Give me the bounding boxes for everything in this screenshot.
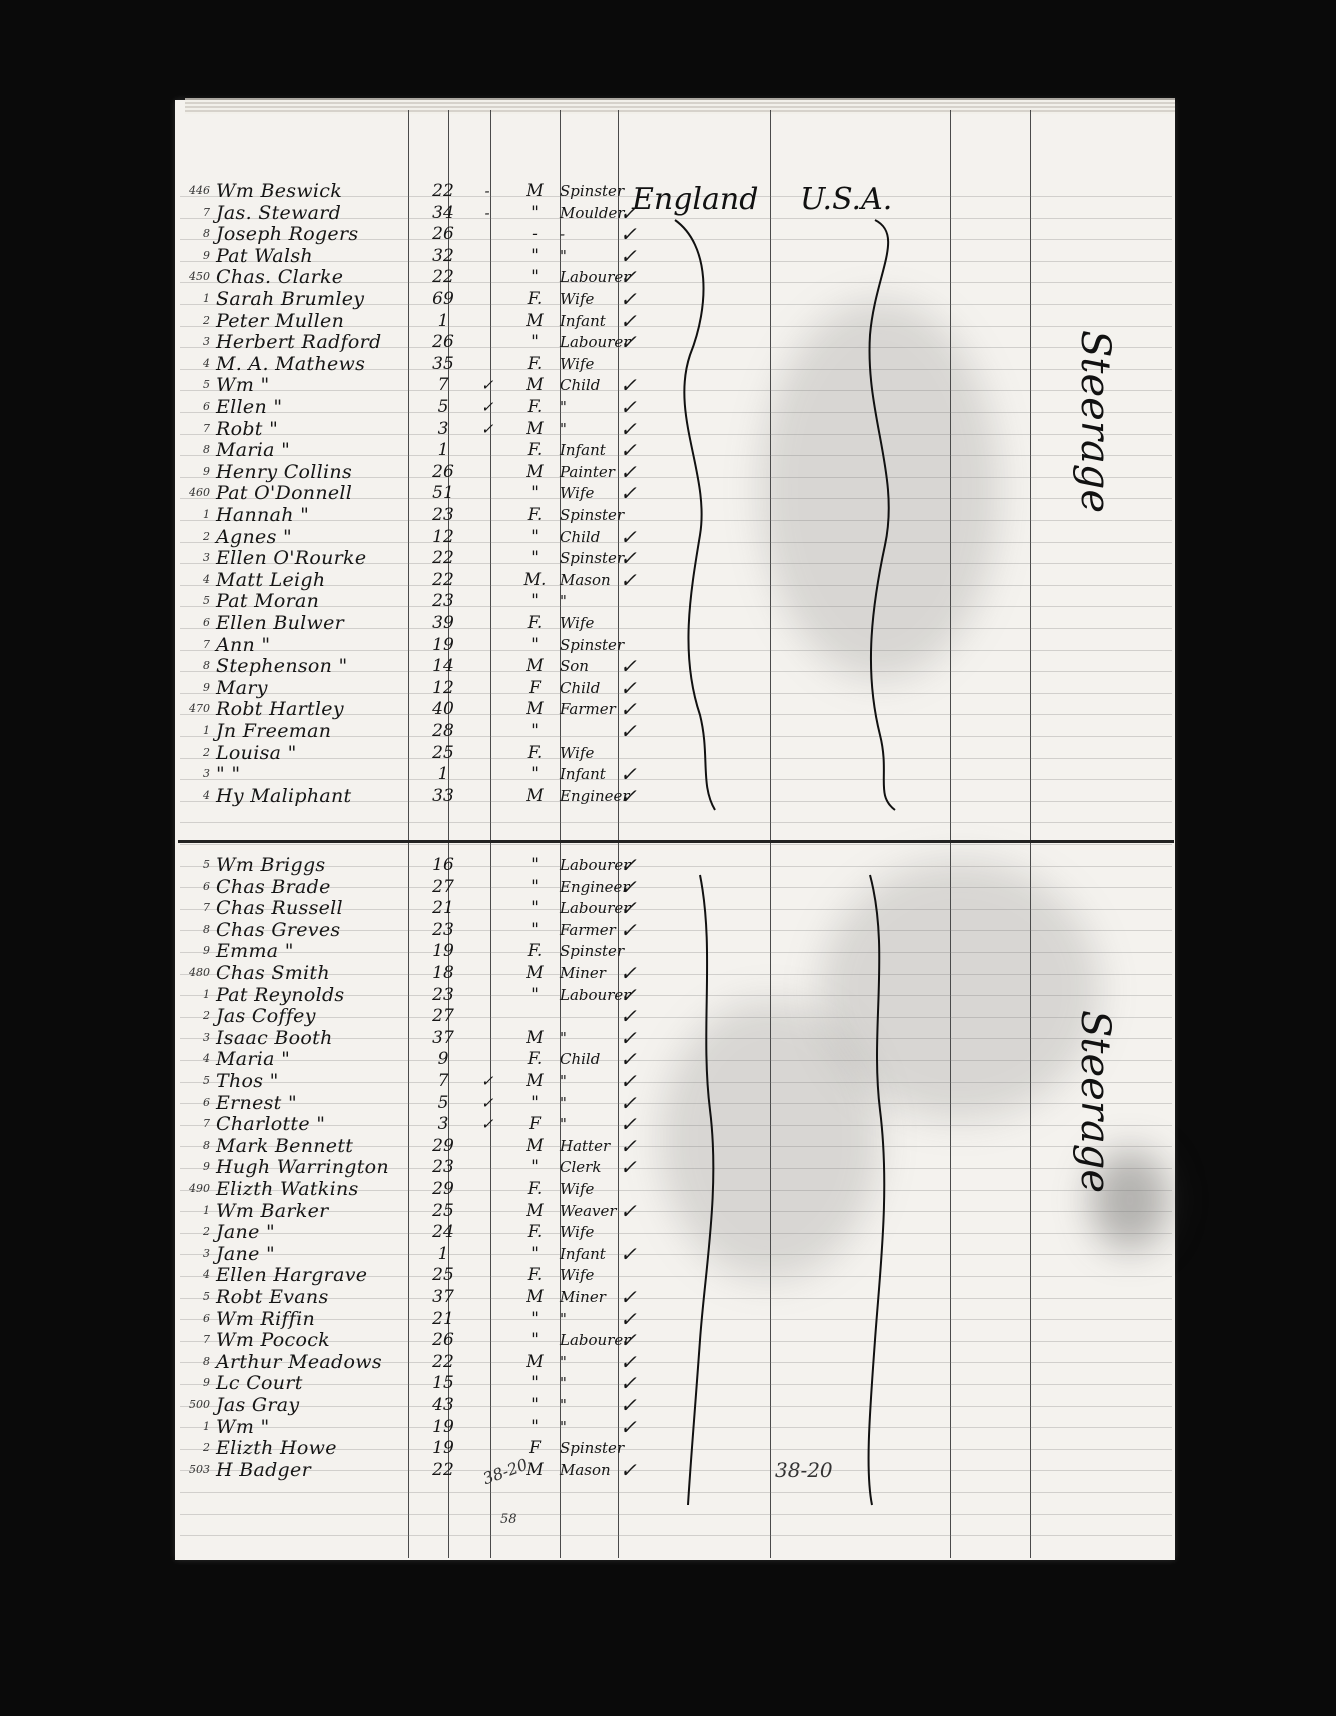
verification-check-mark: ✓ — [620, 245, 650, 267]
passenger-age: 23 — [420, 1156, 466, 1178]
ledger-line — [180, 822, 1172, 823]
verification-check-mark: ✓ — [620, 266, 650, 288]
passenger-age: 27 — [420, 876, 466, 898]
line-number: 2 — [180, 1437, 210, 1459]
age-check-mark — [472, 655, 502, 677]
line-number: 4 — [180, 353, 210, 375]
passenger-sex: " — [520, 1243, 550, 1265]
line-number: 2 — [180, 1005, 210, 1027]
verification-check-mark: ✓ — [620, 876, 650, 898]
age-check-mark — [472, 785, 502, 807]
passenger-age: 12 — [420, 677, 466, 699]
passenger-sex: F. — [520, 439, 550, 461]
age-check-mark — [472, 1200, 502, 1222]
line-number: 8 — [180, 919, 210, 941]
passenger-sex: " — [520, 266, 550, 288]
line-number: 5 — [180, 590, 210, 612]
age-check-mark — [472, 288, 502, 310]
passenger-sex: F — [520, 1113, 550, 1135]
age-check-mark: - — [472, 180, 502, 202]
age-check-mark — [472, 919, 502, 941]
verification-check-mark: ✓ — [620, 1135, 650, 1157]
passenger-sex: " — [520, 590, 550, 612]
verification-check-mark: ✓ — [620, 984, 650, 1006]
line-number: 8 — [180, 439, 210, 461]
verification-check-mark — [620, 612, 650, 634]
passenger-sex: " — [520, 720, 550, 742]
line-number: 450 — [180, 266, 210, 288]
age-check-mark — [472, 439, 502, 461]
passenger-sex: " — [520, 482, 550, 504]
page-fold-line — [178, 840, 1174, 843]
passenger-age: 32 — [420, 245, 466, 267]
line-number: 6 — [180, 876, 210, 898]
line-number: 1 — [180, 984, 210, 1006]
passenger-age: 34 — [420, 202, 466, 224]
passenger-sex: F. — [520, 288, 550, 310]
line-number: 470 — [180, 698, 210, 720]
passenger-sex: M — [520, 310, 550, 332]
age-check-mark — [472, 353, 502, 375]
passenger-age: 18 — [420, 962, 466, 984]
passenger-age: 1 — [420, 439, 466, 461]
passenger-sex: M — [520, 1027, 550, 1049]
verification-check-mark: ✓ — [620, 677, 650, 699]
verification-check-mark: ✓ — [620, 396, 650, 418]
age-check-mark — [472, 634, 502, 656]
verification-check-mark: ✓ — [620, 1092, 650, 1114]
verification-check-mark: ✓ — [620, 1070, 650, 1092]
line-number: 6 — [180, 1308, 210, 1330]
passenger-age: 15 — [420, 1372, 466, 1394]
verification-check-mark: ✓ — [620, 720, 650, 742]
passenger-age: 22 — [420, 266, 466, 288]
line-number: 1 — [180, 1416, 210, 1438]
passenger-age: 21 — [420, 1308, 466, 1330]
verification-check-mark — [620, 1221, 650, 1243]
line-number: 3 — [180, 331, 210, 353]
line-number: 8 — [180, 655, 210, 677]
country-of-origin: England — [632, 182, 758, 217]
age-check-mark: ✓ — [472, 396, 502, 418]
passenger-age: 24 — [420, 1221, 466, 1243]
age-check-mark — [472, 698, 502, 720]
passenger-age: 22 — [420, 1351, 466, 1373]
passenger-sex: M — [520, 1135, 550, 1157]
verification-check-mark: ✓ — [620, 1200, 650, 1222]
passenger-sex: " — [520, 634, 550, 656]
age-check-mark — [472, 1416, 502, 1438]
passenger-sex: F. — [520, 353, 550, 375]
age-check-mark — [472, 1264, 502, 1286]
line-number: 2 — [180, 742, 210, 764]
age-check-mark — [472, 940, 502, 962]
verification-check-mark: ✓ — [620, 461, 650, 483]
age-check-mark — [472, 1243, 502, 1265]
passenger-sex: " — [520, 763, 550, 785]
line-number: 500 — [180, 1394, 210, 1416]
passenger-sex — [520, 1005, 550, 1027]
age-check-mark: ✓ — [472, 374, 502, 396]
age-check-mark — [472, 612, 502, 634]
passenger-age: 19 — [420, 1416, 466, 1438]
passenger-sex: F — [520, 1437, 550, 1459]
passenger-sex: M — [520, 461, 550, 483]
passenger-age: 9 — [420, 1048, 466, 1070]
passenger-age: 7 — [420, 374, 466, 396]
verification-check-mark: ✓ — [620, 569, 650, 591]
age-check-mark — [472, 1005, 502, 1027]
line-number: 9 — [180, 677, 210, 699]
passenger-age: 22 — [420, 569, 466, 591]
passenger-age: 25 — [420, 1200, 466, 1222]
age-check-mark — [472, 266, 502, 288]
age-check-mark — [472, 1027, 502, 1049]
passenger-age: 29 — [420, 1135, 466, 1157]
verification-check-mark — [620, 590, 650, 612]
verification-check-mark: ✓ — [620, 1459, 650, 1481]
passenger-age: 23 — [420, 590, 466, 612]
verification-check-mark: ✓ — [620, 547, 650, 569]
line-number: 3 — [180, 763, 210, 785]
age-check-mark — [472, 1156, 502, 1178]
passenger-sex: F. — [520, 940, 550, 962]
passenger-age: 3 — [420, 418, 466, 440]
age-check-mark: ✓ — [472, 1092, 502, 1114]
verification-check-mark — [620, 504, 650, 526]
verification-check-mark: ✓ — [620, 374, 650, 396]
passenger-age: 19 — [420, 940, 466, 962]
passenger-age: 12 — [420, 526, 466, 548]
line-number: 503 — [180, 1459, 210, 1481]
verification-check-mark: ✓ — [620, 288, 650, 310]
age-check-mark — [472, 310, 502, 332]
age-check-mark — [472, 1329, 502, 1351]
verification-check-mark: ✓ — [620, 1286, 650, 1308]
age-check-mark — [472, 1394, 502, 1416]
age-check-mark — [472, 962, 502, 984]
line-number: 3 — [180, 547, 210, 569]
passenger-sex: " — [520, 1329, 550, 1351]
passenger-age: 5 — [420, 396, 466, 418]
verification-check-mark: ✓ — [620, 854, 650, 876]
passenger-sex: F. — [520, 1264, 550, 1286]
verification-check-mark: ✓ — [620, 897, 650, 919]
passenger-sex: M — [520, 1286, 550, 1308]
line-number: 3 — [180, 1027, 210, 1049]
passenger-sex: F. — [520, 396, 550, 418]
age-check-mark — [472, 1048, 502, 1070]
age-check-mark — [472, 677, 502, 699]
passenger-age: 26 — [420, 223, 466, 245]
line-number: 1 — [180, 288, 210, 310]
passenger-sex: M — [520, 655, 550, 677]
passenger-age: 43 — [420, 1394, 466, 1416]
passenger-age: 22 — [420, 1459, 466, 1481]
age-check-mark — [472, 1372, 502, 1394]
age-check-mark — [472, 245, 502, 267]
age-check-mark — [472, 223, 502, 245]
passenger-sex: " — [520, 854, 550, 876]
line-number: 3 — [180, 1243, 210, 1265]
line-number: 7 — [180, 1113, 210, 1135]
age-check-mark — [472, 504, 502, 526]
passenger-age: 27 — [420, 1005, 466, 1027]
passenger-sex: M — [520, 180, 550, 202]
age-check-mark — [472, 763, 502, 785]
passenger-age: 33 — [420, 785, 466, 807]
line-number: 8 — [180, 223, 210, 245]
passenger-sex: M — [520, 1351, 550, 1373]
ledger-line — [180, 844, 1172, 845]
verification-check-mark: ✓ — [620, 1156, 650, 1178]
passenger-age: 22 — [420, 180, 466, 202]
line-number: 9 — [180, 461, 210, 483]
verification-check-mark: ✓ — [620, 331, 650, 353]
verification-check-mark — [620, 1437, 650, 1459]
passenger-age: 14 — [420, 655, 466, 677]
passenger-sex: " — [520, 526, 550, 548]
verification-check-mark: ✓ — [620, 1005, 650, 1027]
verification-check-mark — [620, 353, 650, 375]
age-check-mark — [472, 547, 502, 569]
passenger-sex: M — [520, 698, 550, 720]
passenger-age: 1 — [420, 763, 466, 785]
age-check-mark — [472, 1286, 502, 1308]
age-check-mark — [472, 1351, 502, 1373]
destination: U.S.A. — [800, 182, 892, 217]
age-check-mark: - — [472, 202, 502, 224]
line-number: 9 — [180, 1156, 210, 1178]
verification-check-mark: ✓ — [620, 763, 650, 785]
passenger-age: 28 — [420, 720, 466, 742]
age-check-mark — [472, 1437, 502, 1459]
passenger-sex: M — [520, 962, 550, 984]
verification-check-mark: ✓ — [620, 1416, 650, 1438]
verification-check-mark: ✓ — [620, 785, 650, 807]
verification-check-mark: ✓ — [620, 310, 650, 332]
line-number: 2 — [180, 310, 210, 332]
verification-check-mark: ✓ — [620, 962, 650, 984]
verification-check-mark — [620, 940, 650, 962]
ditto-squiggle — [670, 215, 730, 815]
verification-check-mark: ✓ — [620, 698, 650, 720]
passenger-sex: " — [520, 897, 550, 919]
age-check-mark — [472, 984, 502, 1006]
verification-check-mark: ✓ — [620, 418, 650, 440]
line-number: 5 — [180, 854, 210, 876]
passenger-sex: F. — [520, 1221, 550, 1243]
passenger-sex: F — [520, 677, 550, 699]
passenger-age: 7 — [420, 1070, 466, 1092]
passenger-sex: " — [520, 1416, 550, 1438]
verification-check-mark: ✓ — [620, 1372, 650, 1394]
verification-check-mark: ✓ — [620, 1048, 650, 1070]
passenger-sex: " — [520, 1092, 550, 1114]
passenger-age: 25 — [420, 1264, 466, 1286]
passenger-age: 1 — [420, 1243, 466, 1265]
line-number: 9 — [180, 1372, 210, 1394]
passenger-age: 23 — [420, 504, 466, 526]
age-check-mark — [472, 569, 502, 591]
passenger-age: 23 — [420, 984, 466, 1006]
passenger-sex: " — [520, 1394, 550, 1416]
age-check-mark — [472, 1178, 502, 1200]
passenger-sex: " — [520, 984, 550, 1006]
ledger-line — [180, 1535, 1172, 1536]
line-number: 2 — [180, 526, 210, 548]
line-number: 460 — [180, 482, 210, 504]
line-number: 6 — [180, 1092, 210, 1114]
verification-check-mark: ✓ — [620, 1243, 650, 1265]
line-number: 4 — [180, 785, 210, 807]
passenger-age: 16 — [420, 854, 466, 876]
ditto-squiggle — [670, 870, 730, 1510]
tally-destination-column: 38-20 — [775, 1458, 833, 1482]
class-label-steerage: Steerage — [1072, 330, 1118, 513]
age-check-mark — [472, 1308, 502, 1330]
verification-check-mark — [620, 1264, 650, 1286]
age-check-mark — [472, 742, 502, 764]
line-number: 7 — [180, 634, 210, 656]
verification-check-mark: ✓ — [620, 526, 650, 548]
passenger-sex: " — [520, 876, 550, 898]
passenger-age: 21 — [420, 897, 466, 919]
verification-check-mark: ✓ — [620, 1351, 650, 1373]
line-number: 7 — [180, 897, 210, 919]
verification-check-mark: ✓ — [620, 919, 650, 941]
tally-total: 58 — [500, 1512, 517, 1527]
line-number: 2 — [180, 1221, 210, 1243]
line-number: 7 — [180, 418, 210, 440]
line-number: 480 — [180, 962, 210, 984]
passenger-sex: " — [520, 202, 550, 224]
verification-check-mark: ✓ — [620, 1113, 650, 1135]
passenger-sex: F. — [520, 1048, 550, 1070]
line-number: 1 — [180, 720, 210, 742]
age-check-mark — [472, 720, 502, 742]
passenger-age: 19 — [420, 1437, 466, 1459]
line-number: 1 — [180, 1200, 210, 1222]
passenger-age: 69 — [420, 288, 466, 310]
verification-check-mark: ✓ — [620, 482, 650, 504]
passenger-age: 26 — [420, 331, 466, 353]
passenger-age: 5 — [420, 1092, 466, 1114]
passenger-sex: " — [520, 919, 550, 941]
page-edge — [185, 98, 1175, 114]
passenger-sex: F. — [520, 742, 550, 764]
line-number: 9 — [180, 940, 210, 962]
line-number: 7 — [180, 202, 210, 224]
age-check-mark — [472, 526, 502, 548]
verification-check-mark: ✓ — [620, 655, 650, 677]
passenger-sex: M — [520, 1200, 550, 1222]
age-check-mark — [472, 590, 502, 612]
verification-check-mark: ✓ — [620, 1027, 650, 1049]
passenger-sex: " — [520, 245, 550, 267]
age-check-mark — [472, 331, 502, 353]
passenger-age: 40 — [420, 698, 466, 720]
passenger-sex: " — [520, 1156, 550, 1178]
line-number: 8 — [180, 1351, 210, 1373]
line-number: 5 — [180, 374, 210, 396]
passenger-sex: " — [520, 1372, 550, 1394]
line-number: 4 — [180, 1048, 210, 1070]
passenger-age: 23 — [420, 919, 466, 941]
passenger-sex: M — [520, 785, 550, 807]
passenger-sex: F. — [520, 1178, 550, 1200]
line-number: 7 — [180, 1329, 210, 1351]
passenger-age: 22 — [420, 547, 466, 569]
line-number: 6 — [180, 396, 210, 418]
age-check-mark — [472, 1221, 502, 1243]
passenger-age: 26 — [420, 1329, 466, 1351]
passenger-sex: F. — [520, 612, 550, 634]
age-check-mark — [472, 482, 502, 504]
ditto-squiggle — [850, 870, 910, 1510]
passenger-age: 1 — [420, 310, 466, 332]
line-number: 4 — [180, 1264, 210, 1286]
age-check-mark — [472, 461, 502, 483]
age-check-mark: ✓ — [472, 418, 502, 440]
age-check-mark — [472, 876, 502, 898]
passenger-age: 26 — [420, 461, 466, 483]
verification-check-mark: ✓ — [620, 439, 650, 461]
line-number: 5 — [180, 1286, 210, 1308]
verification-check-mark: ✓ — [620, 223, 650, 245]
verification-check-mark — [620, 1178, 650, 1200]
passenger-sex: M — [520, 1070, 550, 1092]
age-check-mark: ✓ — [472, 1070, 502, 1092]
ledger-line — [180, 1514, 1172, 1515]
verification-check-mark: ✓ — [620, 1308, 650, 1330]
class-label-steerage: Steerage — [1072, 1010, 1118, 1193]
line-number: 9 — [180, 245, 210, 267]
line-number: 4 — [180, 569, 210, 591]
verification-check-mark: ✓ — [620, 1329, 650, 1351]
age-check-mark — [472, 1135, 502, 1157]
line-number: 8 — [180, 1135, 210, 1157]
passenger-sex: - — [520, 223, 550, 245]
passenger-age: 37 — [420, 1286, 466, 1308]
ditto-squiggle — [855, 215, 915, 815]
age-check-mark — [472, 854, 502, 876]
passenger-age: 35 — [420, 353, 466, 375]
passenger-sex: M. — [520, 569, 550, 591]
passenger-age: 39 — [420, 612, 466, 634]
passenger-sex: M — [520, 374, 550, 396]
line-number: 446 — [180, 180, 210, 202]
line-number: 6 — [180, 612, 210, 634]
passenger-age: 29 — [420, 1178, 466, 1200]
line-number: 490 — [180, 1178, 210, 1200]
line-number: 1 — [180, 504, 210, 526]
passenger-sex: " — [520, 1308, 550, 1330]
verification-check-mark — [620, 634, 650, 656]
verification-check-mark — [620, 742, 650, 764]
passenger-sex: M — [520, 418, 550, 440]
passenger-age: 25 — [420, 742, 466, 764]
passenger-age: 51 — [420, 482, 466, 504]
passenger-sex: F. — [520, 504, 550, 526]
age-check-mark — [472, 897, 502, 919]
passenger-age: 3 — [420, 1113, 466, 1135]
passenger-sex: " — [520, 547, 550, 569]
passenger-age: 19 — [420, 634, 466, 656]
line-number: 5 — [180, 1070, 210, 1092]
passenger-sex: " — [520, 331, 550, 353]
age-check-mark: ✓ — [472, 1113, 502, 1135]
